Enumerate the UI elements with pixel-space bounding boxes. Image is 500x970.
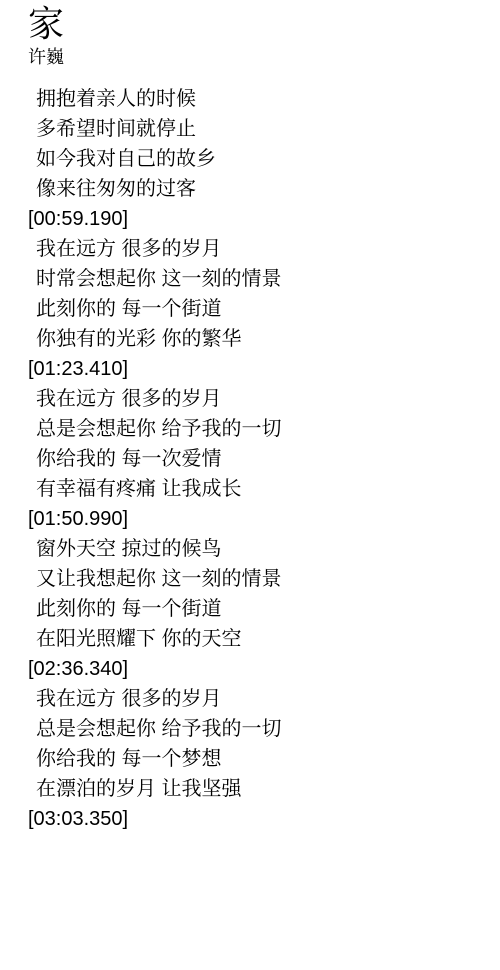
lyric-line: 有幸福有疼痛 让我成长 (28, 474, 480, 504)
lyric-line: 又让我想起你 这一刻的情景 (28, 564, 480, 594)
timestamp-line: [00:59.190] (28, 204, 480, 234)
timestamp-line: [02:36.340] (28, 654, 480, 684)
lyric-line: 你给我的 每一次爱情 (28, 444, 480, 474)
lyrics-body: 拥抱着亲人的时候多希望时间就停止如今我对自己的故乡像来往匆匆的过客[00:59.… (28, 84, 480, 834)
lyric-line: 我在远方 很多的岁月 (28, 234, 480, 264)
lyric-line: 在阳光照耀下 你的天空 (28, 624, 480, 654)
timestamp-line: [01:50.990] (28, 504, 480, 534)
lyric-line: 拥抱着亲人的时候 (28, 84, 480, 114)
lyric-line: 你给我的 每一个梦想 (28, 744, 480, 774)
lyric-line: 时常会想起你 这一刻的情景 (28, 264, 480, 294)
lyrics-page: 家 许巍 拥抱着亲人的时候多希望时间就停止如今我对自己的故乡像来往匆匆的过客[0… (0, 0, 500, 834)
lyric-line: 窗外天空 掠过的候鸟 (28, 534, 480, 564)
song-title: 家 (28, 4, 480, 44)
lyric-line: 如今我对自己的故乡 (28, 144, 480, 174)
lyric-line: 像来往匆匆的过客 (28, 174, 480, 204)
lyric-line: 此刻你的 每一个街道 (28, 294, 480, 324)
lyric-line: 总是会想起你 给予我的一切 (28, 714, 480, 744)
lyric-line: 在漂泊的岁月 让我坚强 (28, 774, 480, 804)
timestamp-line: [01:23.410] (28, 354, 480, 384)
lyric-line: 我在远方 很多的岁月 (28, 384, 480, 414)
lyric-line: 我在远方 很多的岁月 (28, 684, 480, 714)
lyric-line: 此刻你的 每一个街道 (28, 594, 480, 624)
lyric-line: 总是会想起你 给予我的一切 (28, 414, 480, 444)
artist-name: 许巍 (28, 46, 480, 68)
timestamp-line: [03:03.350] (28, 804, 480, 834)
lyric-line: 你独有的光彩 你的繁华 (28, 324, 480, 354)
lyric-line: 多希望时间就停止 (28, 114, 480, 144)
